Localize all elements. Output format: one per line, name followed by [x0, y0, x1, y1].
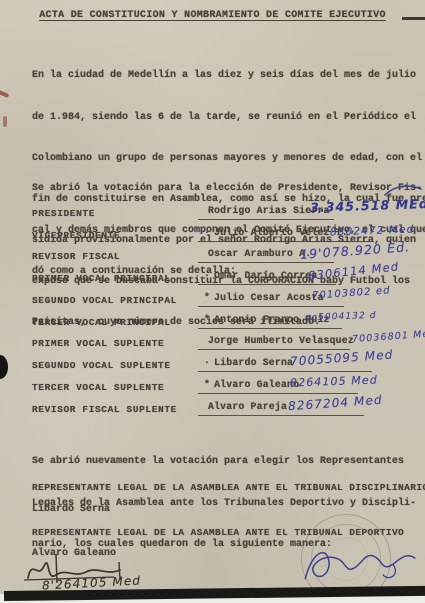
roster-row: PRESIDENTE Rodrigo Arias Sierra 3.345.51… — [0, 208, 425, 225]
roster-row: TERCER VOCAL PRINCIPAL *Antonio Franco R… — [0, 317, 425, 334]
role-label: REVISOR FISCAL SUPLENTE — [32, 404, 177, 415]
disciplinary-tribunal-heading: REPRESENTANTE LEGAL DE LA ASAMBLEA ANTE … — [32, 482, 425, 493]
paragraph-line: En la ciudad de Medellín a las diez y se… — [32, 69, 425, 83]
roster-row: REVISOR FISCAL SUPLENTE Alvaro Pareja 82… — [0, 404, 425, 421]
disciplinary-representative-name: Libardo Serna — [32, 504, 110, 515]
member-name: Jorge Humberto Velasquez — [198, 335, 350, 350]
role-label: SEGUNDO VOCAL SUPLENTE — [32, 360, 171, 371]
role-label: SEGUNDO VOCAL PRINCIPAL — [32, 295, 177, 306]
role-label: PRIMER VOCAL SUPLENTE — [32, 338, 164, 349]
role-label: TERCER VOCAL SUPLENTE — [32, 382, 164, 393]
handwritten-id: 8302472 Med — [330, 224, 415, 239]
scanned-document-page: ACTA DE CONSTITUCION Y NOMBRAMIENTO DE C… — [0, 0, 425, 603]
scan-artifact-dash — [402, 17, 425, 20]
blue-signature — [294, 533, 423, 592]
handwritten-id: 3.345.518 MEd — [310, 196, 425, 215]
handwritten-id: cc5004132 d — [306, 311, 377, 323]
roster-row: SEGUNDO VOCAL PRINCIPAL *Julio Cesar Aco… — [0, 295, 425, 312]
document-title: ACTA DE CONSTITUCION Y NOMBRAMIENTO DE C… — [0, 10, 425, 21]
handwritten-id: 8264105 Med — [290, 373, 378, 389]
role-label: REVISOR FISCAL — [32, 251, 120, 262]
scan-artifact-red-mark — [0, 90, 9, 98]
scan-artifact-red-mark — [3, 116, 7, 127]
paragraph-line: Se abrió la votación para la elección de… — [32, 182, 425, 196]
paragraph-line: de 1.984, siendo las 6 de la tarde, se r… — [32, 111, 425, 125]
paragraph-line: Se abrió nuevamente la votación para ele… — [32, 455, 416, 469]
role-label: VICEPRESIDENTE — [32, 230, 120, 241]
role-label: TERCER VOCAL PRINCIPAL — [32, 317, 171, 328]
role-label: PRIMER VOCAL PRINCIPAL — [32, 273, 171, 284]
role-label: PRESIDENTE — [32, 208, 95, 219]
